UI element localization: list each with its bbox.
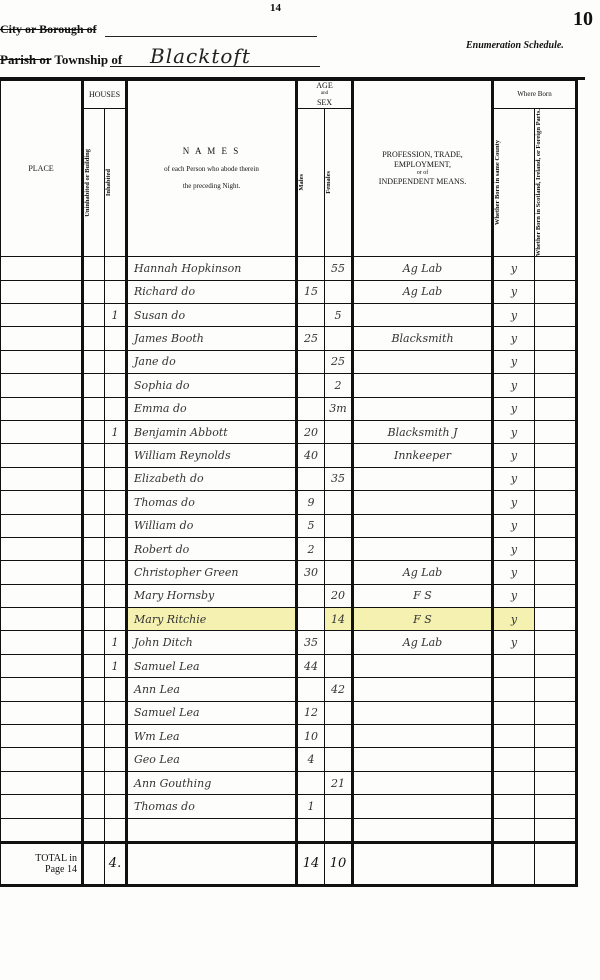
total-males: 14 <box>297 842 325 885</box>
table-row <box>1 818 577 842</box>
female-age-cell <box>325 818 353 842</box>
female-age-cell <box>325 748 353 771</box>
uninhabited-cell <box>83 818 105 842</box>
inhabited-cell <box>105 374 127 397</box>
col-uninhabited: Uninhabited or Building <box>83 109 105 257</box>
uninhabited-cell <box>83 350 105 373</box>
inhabited-cell: 1 <box>105 631 127 654</box>
born-county-cell <box>493 678 535 701</box>
male-age-cell: 1 <box>297 795 325 818</box>
place-cell <box>1 678 83 701</box>
profession-cell <box>353 678 493 701</box>
born-county-cell: y <box>493 280 535 303</box>
born-county-cell: y <box>493 444 535 467</box>
male-age-cell: 30 <box>297 561 325 584</box>
inhabited-cell <box>105 701 127 724</box>
total-females: 10 <box>325 842 353 885</box>
col-profession: PROFESSION, TRADE, EMPLOYMENT, or of IND… <box>353 81 493 257</box>
place-cell <box>1 584 83 607</box>
uninhabited-cell <box>83 327 105 350</box>
inhabited-cell: 1 <box>105 654 127 677</box>
name-cell: Emma do <box>127 397 297 420</box>
table-row: Christopher Green30Ag Laby <box>1 561 577 584</box>
female-age-cell <box>325 795 353 818</box>
born-abroad-cell <box>535 795 577 818</box>
female-age-cell <box>325 327 353 350</box>
born-county-cell <box>493 818 535 842</box>
profession-cell: Ag Lab <box>353 631 493 654</box>
name-cell: Susan do <box>127 304 297 327</box>
male-age-cell <box>297 257 325 280</box>
age-title: AGE <box>298 81 351 91</box>
born-abroad-cell <box>535 818 577 842</box>
township-label: Township of <box>54 52 122 67</box>
born-county-cell <box>493 654 535 677</box>
col-scotland-ireland: Whether Born in Scotland, Ireland, or Fo… <box>535 109 577 257</box>
born-abroad-cell <box>535 257 577 280</box>
name-cell: Ann Lea <box>127 678 297 701</box>
inhabited-cell <box>105 725 127 748</box>
inhabited-cell <box>105 584 127 607</box>
col-males: Males <box>297 109 325 257</box>
female-age-cell <box>325 701 353 724</box>
male-age-cell <box>297 304 325 327</box>
male-age-cell <box>297 584 325 607</box>
born-county-cell: y <box>493 397 535 420</box>
name-cell: Elizabeth do <box>127 467 297 490</box>
place-cell <box>1 725 83 748</box>
profession-cell <box>353 701 493 724</box>
uninhabited-cell <box>83 701 105 724</box>
male-age-cell <box>297 374 325 397</box>
name-cell: Robert do <box>127 537 297 560</box>
name-cell: John Ditch <box>127 631 297 654</box>
name-cell: Christopher Green <box>127 561 297 584</box>
profession-cell: F S <box>353 584 493 607</box>
profession-cell <box>353 350 493 373</box>
born-county-cell: y <box>493 304 535 327</box>
female-age-cell <box>325 444 353 467</box>
male-age-cell <box>297 818 325 842</box>
uninhabited-cell <box>83 491 105 514</box>
born-county-cell <box>493 701 535 724</box>
born-abroad-cell <box>535 327 577 350</box>
male-age-cell: 4 <box>297 748 325 771</box>
born-abroad-cell <box>535 631 577 654</box>
male-age-cell <box>297 678 325 701</box>
place-cell <box>1 397 83 420</box>
male-age-cell: 5 <box>297 514 325 537</box>
uninhabited-cell <box>83 280 105 303</box>
profession-cell: Ag Lab <box>353 257 493 280</box>
col-names: N A M E S of each Person who abode there… <box>127 81 297 257</box>
table-row: 1Samuel Lea44 <box>1 654 577 677</box>
uninhabited-cell <box>83 397 105 420</box>
born-county-cell: y <box>493 467 535 490</box>
name-cell: Wm Lea <box>127 725 297 748</box>
place-cell <box>1 748 83 771</box>
table-row: James Booth25Blacksmithy <box>1 327 577 350</box>
born-abroad-cell <box>535 491 577 514</box>
male-age-cell <box>297 397 325 420</box>
table-row: Thomas do9y <box>1 491 577 514</box>
uninhabited-cell <box>83 795 105 818</box>
uninhabited-cell <box>83 537 105 560</box>
census-rows: Hannah Hopkinson55Ag LabyRichard do15Ag … <box>1 257 577 843</box>
place-cell <box>1 491 83 514</box>
table-row: William Reynolds40Innkeepery <box>1 444 577 467</box>
born-abroad-cell <box>535 725 577 748</box>
male-age-cell: 12 <box>297 701 325 724</box>
township-label-group: Parish or Township of <box>0 52 122 68</box>
male-age-cell <box>297 771 325 794</box>
table-row: Geo Lea4 <box>1 748 577 771</box>
female-age-cell <box>325 725 353 748</box>
profession-cell: Ag Lab <box>353 280 493 303</box>
inhabited-cell <box>105 748 127 771</box>
born-county-cell <box>493 748 535 771</box>
census-table: PLACE HOUSES N A M E S of each Person wh… <box>0 80 578 887</box>
female-age-cell <box>325 420 353 443</box>
borough-underline <box>105 36 317 37</box>
name-cell: Hannah Hopkinson <box>127 257 297 280</box>
page-number: 14 <box>270 2 281 14</box>
place-cell <box>1 444 83 467</box>
born-abroad-cell <box>535 654 577 677</box>
place-cell <box>1 654 83 677</box>
name-cell: Richard do <box>127 280 297 303</box>
born-county-cell: y <box>493 374 535 397</box>
profession-cell <box>353 771 493 794</box>
col-houses: HOUSES <box>83 81 127 109</box>
name-cell: Mary Ritchie <box>127 608 297 631</box>
male-age-cell: 25 <box>297 327 325 350</box>
inhabited-cell <box>105 795 127 818</box>
sheet-number: 10 <box>573 8 593 31</box>
born-county-cell: y <box>493 491 535 514</box>
table-row: Richard do15Ag Laby <box>1 280 577 303</box>
uninhabited-cell <box>83 631 105 654</box>
female-age-cell <box>325 654 353 677</box>
born-abroad-cell <box>535 561 577 584</box>
profession-line4: INDEPENDENT MEANS. <box>354 177 491 187</box>
place-cell <box>1 467 83 490</box>
female-age-cell <box>325 537 353 560</box>
profession-cell <box>353 304 493 327</box>
name-cell: Thomas do <box>127 795 297 818</box>
name-cell: James Booth <box>127 327 297 350</box>
uninhabited-cell <box>83 725 105 748</box>
place-cell <box>1 350 83 373</box>
born-abroad-cell <box>535 444 577 467</box>
born-county-cell <box>493 725 535 748</box>
male-age-cell <box>297 608 325 631</box>
col-where-born: Where Born <box>493 81 577 109</box>
name-cell: William do <box>127 514 297 537</box>
born-county-cell: y <box>493 350 535 373</box>
female-age-cell <box>325 491 353 514</box>
born-abroad-cell <box>535 467 577 490</box>
male-age-cell <box>297 350 325 373</box>
total-row: TOTAL inPage 14 4. 14 10 <box>1 842 577 885</box>
table-row: Robert do2y <box>1 537 577 560</box>
profession-cell <box>353 374 493 397</box>
profession-cell: Blacksmith <box>353 327 493 350</box>
name-cell: William Reynolds <box>127 444 297 467</box>
table-row: Mary Ritchie14F Sy <box>1 608 577 631</box>
names-sub2: the preceding Night. <box>128 182 295 191</box>
born-county-cell: y <box>493 584 535 607</box>
inhabited-cell <box>105 280 127 303</box>
place-cell <box>1 327 83 350</box>
female-age-cell: 14 <box>325 608 353 631</box>
name-cell: Thomas do <box>127 491 297 514</box>
col-inhabited: Inhabited <box>105 109 127 257</box>
born-abroad-cell <box>535 420 577 443</box>
male-age-cell: 15 <box>297 280 325 303</box>
table-row: Sophia do2y <box>1 374 577 397</box>
place-cell <box>1 631 83 654</box>
uninhabited-cell <box>83 748 105 771</box>
born-abroad-cell <box>535 748 577 771</box>
born-county-cell: y <box>493 608 535 631</box>
table-row: 1Benjamin Abbott20Blacksmith Jy <box>1 420 577 443</box>
inhabited-cell <box>105 561 127 584</box>
uninhabited-cell <box>83 374 105 397</box>
male-age-cell: 10 <box>297 725 325 748</box>
profession-cell: Ag Lab <box>353 561 493 584</box>
uninhabited-cell <box>83 444 105 467</box>
inhabited-cell: 1 <box>105 304 127 327</box>
inhabited-cell <box>105 397 127 420</box>
parish-label-struck: Parish or <box>0 52 51 67</box>
table-row: Jane do25y <box>1 350 577 373</box>
female-age-cell: 21 <box>325 771 353 794</box>
born-abroad-cell <box>535 374 577 397</box>
total-uninhabited <box>83 842 105 885</box>
table-row: Hannah Hopkinson55Ag Laby <box>1 257 577 280</box>
schedule-title: Enumeration Schedule. <box>466 40 564 51</box>
born-abroad-cell <box>535 771 577 794</box>
table-row: Emma do3my <box>1 397 577 420</box>
born-county-cell: y <box>493 420 535 443</box>
born-county-cell <box>493 771 535 794</box>
female-age-cell: 20 <box>325 584 353 607</box>
uninhabited-cell <box>83 654 105 677</box>
born-county-cell: y <box>493 537 535 560</box>
inhabited-cell <box>105 608 127 631</box>
place-cell <box>1 561 83 584</box>
uninhabited-cell <box>83 304 105 327</box>
uninhabited-cell <box>83 514 105 537</box>
born-county-cell: y <box>493 561 535 584</box>
total-names <box>127 842 297 885</box>
col-place: PLACE <box>1 81 83 257</box>
inhabited-cell <box>105 491 127 514</box>
born-county-cell: y <box>493 327 535 350</box>
total-profession <box>353 842 493 885</box>
total-scotland-ireland <box>535 842 577 885</box>
born-county-cell <box>493 795 535 818</box>
female-age-cell <box>325 561 353 584</box>
profession-cell: Innkeeper <box>353 444 493 467</box>
age-sex: SEX <box>298 98 351 108</box>
profession-cell <box>353 818 493 842</box>
born-county-cell: y <box>493 631 535 654</box>
inhabited-cell <box>105 257 127 280</box>
total-inhabited: 4. <box>105 842 127 885</box>
place-cell <box>1 537 83 560</box>
place-cell <box>1 257 83 280</box>
table-row: Elizabeth do35y <box>1 467 577 490</box>
names-title: N A M E S <box>128 146 295 157</box>
male-age-cell: 20 <box>297 420 325 443</box>
place-cell <box>1 701 83 724</box>
inhabited-cell <box>105 771 127 794</box>
profession-cell <box>353 514 493 537</box>
male-age-cell: 44 <box>297 654 325 677</box>
table-row: 1Susan do5y <box>1 304 577 327</box>
born-abroad-cell <box>535 280 577 303</box>
name-cell: Samuel Lea <box>127 701 297 724</box>
profession-line2: EMPLOYMENT, <box>354 160 491 170</box>
profession-cell: Blacksmith J <box>353 420 493 443</box>
col-females: Females <box>325 109 353 257</box>
born-abroad-cell <box>535 397 577 420</box>
born-abroad-cell <box>535 304 577 327</box>
profession-cell <box>353 491 493 514</box>
profession-cell <box>353 467 493 490</box>
male-age-cell: 2 <box>297 537 325 560</box>
profession-cell <box>353 748 493 771</box>
uninhabited-cell <box>83 561 105 584</box>
female-age-cell: 35 <box>325 467 353 490</box>
name-cell <box>127 818 297 842</box>
female-age-cell <box>325 631 353 654</box>
table-row: Ann Gouthing21 <box>1 771 577 794</box>
male-age-cell <box>297 467 325 490</box>
inhabited-cell <box>105 444 127 467</box>
inhabited-cell <box>105 678 127 701</box>
profession-cell <box>353 795 493 818</box>
place-cell <box>1 795 83 818</box>
female-age-cell: 42 <box>325 678 353 701</box>
uninhabited-cell <box>83 467 105 490</box>
inhabited-cell <box>105 537 127 560</box>
table-row: Ann Lea42 <box>1 678 577 701</box>
born-abroad-cell <box>535 584 577 607</box>
female-age-cell: 5 <box>325 304 353 327</box>
inhabited-cell <box>105 514 127 537</box>
born-abroad-cell <box>535 537 577 560</box>
uninhabited-cell <box>83 771 105 794</box>
name-cell: Geo Lea <box>127 748 297 771</box>
table-row: Wm Lea10 <box>1 725 577 748</box>
born-abroad-cell <box>535 350 577 373</box>
col-same-county: Whether Born in same County <box>493 109 535 257</box>
name-cell: Benjamin Abbott <box>127 420 297 443</box>
profession-line3: or of <box>354 170 491 178</box>
born-county-cell: y <box>493 514 535 537</box>
uninhabited-cell <box>83 420 105 443</box>
profession-cell <box>353 397 493 420</box>
table-row: Thomas do1 <box>1 795 577 818</box>
inhabited-cell <box>105 467 127 490</box>
profession-cell <box>353 654 493 677</box>
born-abroad-cell <box>535 608 577 631</box>
table-row: William do5y <box>1 514 577 537</box>
profession-cell <box>353 725 493 748</box>
township-value: Blacktoft <box>150 44 251 68</box>
name-cell: Jane do <box>127 350 297 373</box>
place-cell <box>1 608 83 631</box>
born-abroad-cell <box>535 678 577 701</box>
name-cell: Ann Gouthing <box>127 771 297 794</box>
born-abroad-cell <box>535 514 577 537</box>
female-age-cell: 2 <box>325 374 353 397</box>
total-label: TOTAL inPage 14 <box>1 842 83 885</box>
inhabited-cell <box>105 350 127 373</box>
borough-label: City or Borough of <box>0 22 97 37</box>
profession-line1: PROFESSION, TRADE, <box>354 150 491 160</box>
male-age-cell: 35 <box>297 631 325 654</box>
place-cell <box>1 304 83 327</box>
table-row: 1John Ditch35Ag Laby <box>1 631 577 654</box>
female-age-cell <box>325 280 353 303</box>
female-age-cell: 25 <box>325 350 353 373</box>
name-cell: Sophia do <box>127 374 297 397</box>
born-county-cell: y <box>493 257 535 280</box>
female-age-cell: 3m <box>325 397 353 420</box>
uninhabited-cell <box>83 608 105 631</box>
female-age-cell: 55 <box>325 257 353 280</box>
male-age-cell: 9 <box>297 491 325 514</box>
place-cell <box>1 514 83 537</box>
uninhabited-cell <box>83 678 105 701</box>
place-cell <box>1 420 83 443</box>
uninhabited-cell <box>83 584 105 607</box>
male-age-cell: 40 <box>297 444 325 467</box>
inhabited-cell <box>105 327 127 350</box>
profession-cell <box>353 537 493 560</box>
total-same-county <box>493 842 535 885</box>
place-cell <box>1 374 83 397</box>
inhabited-cell <box>105 818 127 842</box>
names-sub1: of each Person who abode therein <box>128 165 295 174</box>
uninhabited-cell <box>83 257 105 280</box>
place-cell <box>1 771 83 794</box>
name-cell: Samuel Lea <box>127 654 297 677</box>
place-cell <box>1 280 83 303</box>
township-underline <box>110 66 320 67</box>
born-abroad-cell <box>535 701 577 724</box>
female-age-cell <box>325 514 353 537</box>
profession-cell: F S <box>353 608 493 631</box>
name-cell: Mary Hornsby <box>127 584 297 607</box>
table-row: Mary Hornsby20F Sy <box>1 584 577 607</box>
inhabited-cell: 1 <box>105 420 127 443</box>
table-row: Samuel Lea12 <box>1 701 577 724</box>
place-cell <box>1 818 83 842</box>
col-age-sex: AGE and SEX <box>297 81 353 109</box>
